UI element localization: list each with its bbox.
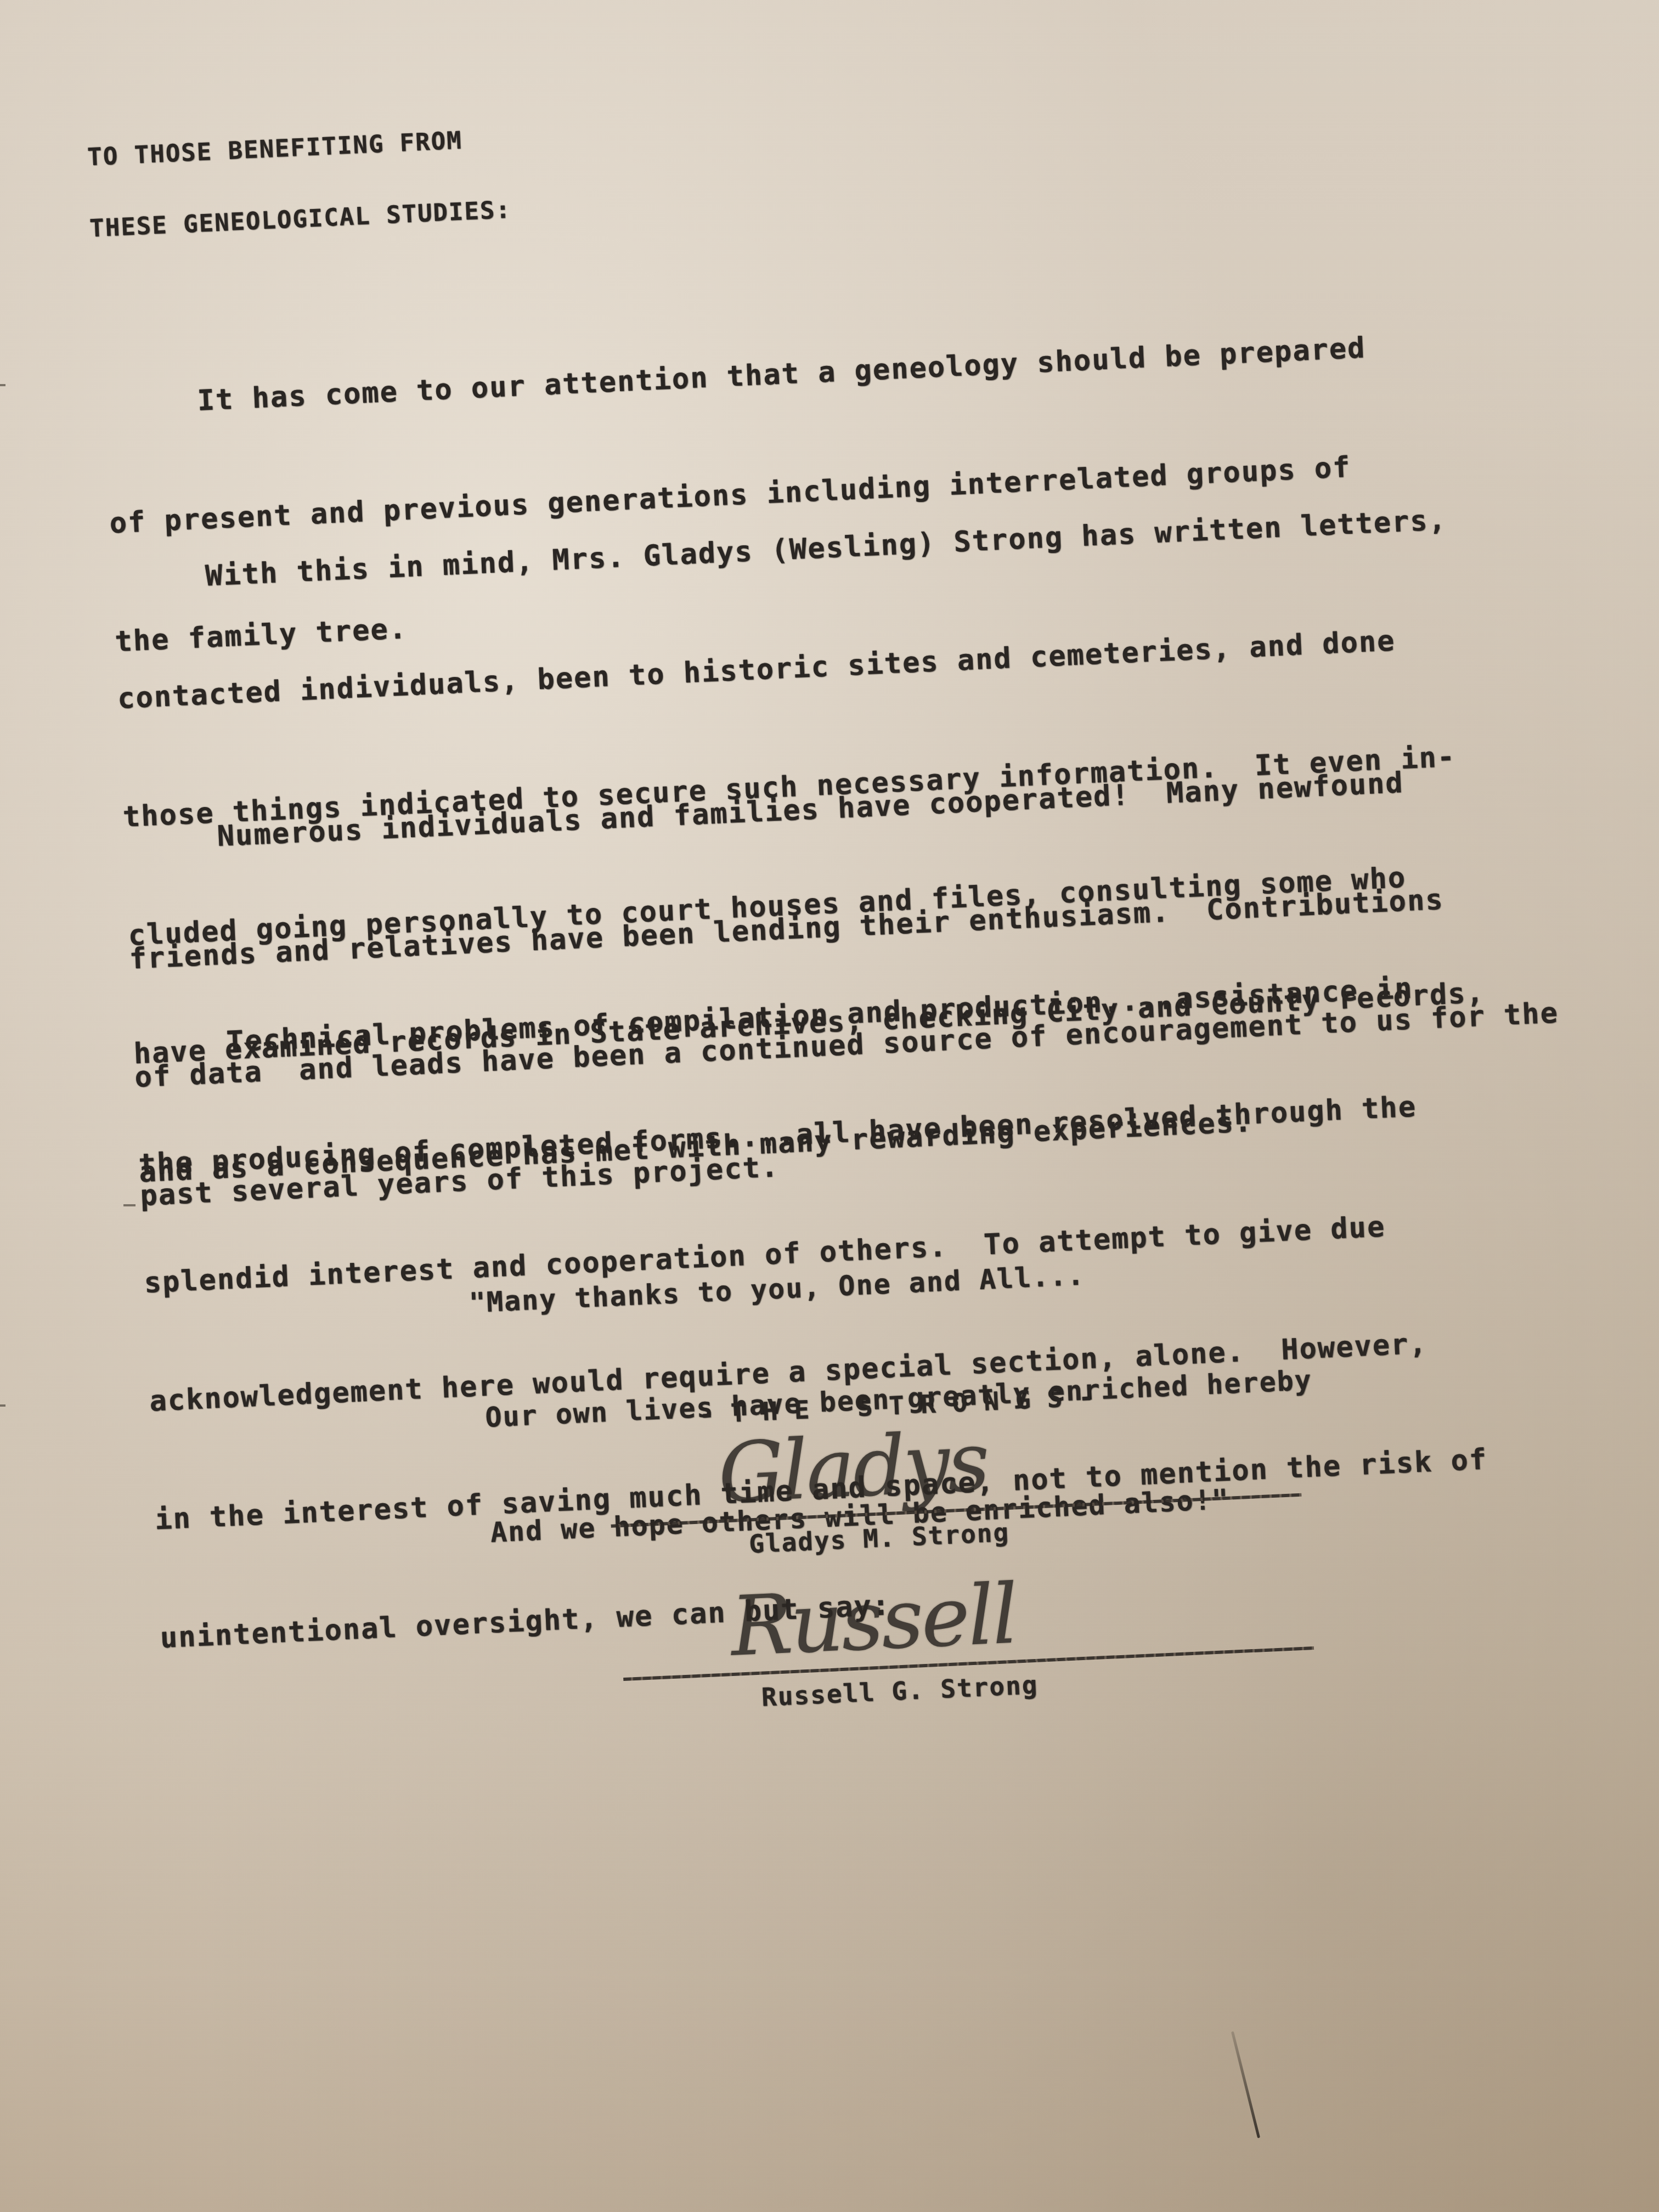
heading-line-2: THESE GENEOLOGICAL STUDIES:	[89, 196, 512, 243]
paragraph-line: With this in mind, Mrs. Gladys (Wesling)…	[111, 500, 1464, 601]
stray-mark	[0, 384, 5, 386]
handwritten-signature: Gladys	[716, 1414, 990, 1522]
paragraph-line: Numerous individuals and families have c…	[123, 757, 1549, 861]
handwritten-signature: Russell	[729, 1567, 1018, 1675]
paragraph-line: Technical problems of compilation and pr…	[132, 966, 1466, 1066]
paragraph-line: It has come to our attention that a gene…	[103, 328, 1367, 425]
typed-signature-name: Russell G. Strong	[761, 1670, 1039, 1712]
stray-mark	[0, 1404, 5, 1407]
typed-letter: TO THOSE BENEFITING FROM THESE GENEOLOGI…	[0, 0, 1659, 2212]
typed-signature-name: Gladys M. Strong	[748, 1517, 1010, 1559]
stray-mark	[123, 1204, 136, 1206]
paragraph-line: the producing of completed forms....all …	[138, 1085, 1472, 1184]
heading-line-1: TO THOSE BENEFITING FROM	[87, 127, 462, 172]
quote-line: "Many thanks to you, One and All...	[468, 1246, 1307, 1322]
